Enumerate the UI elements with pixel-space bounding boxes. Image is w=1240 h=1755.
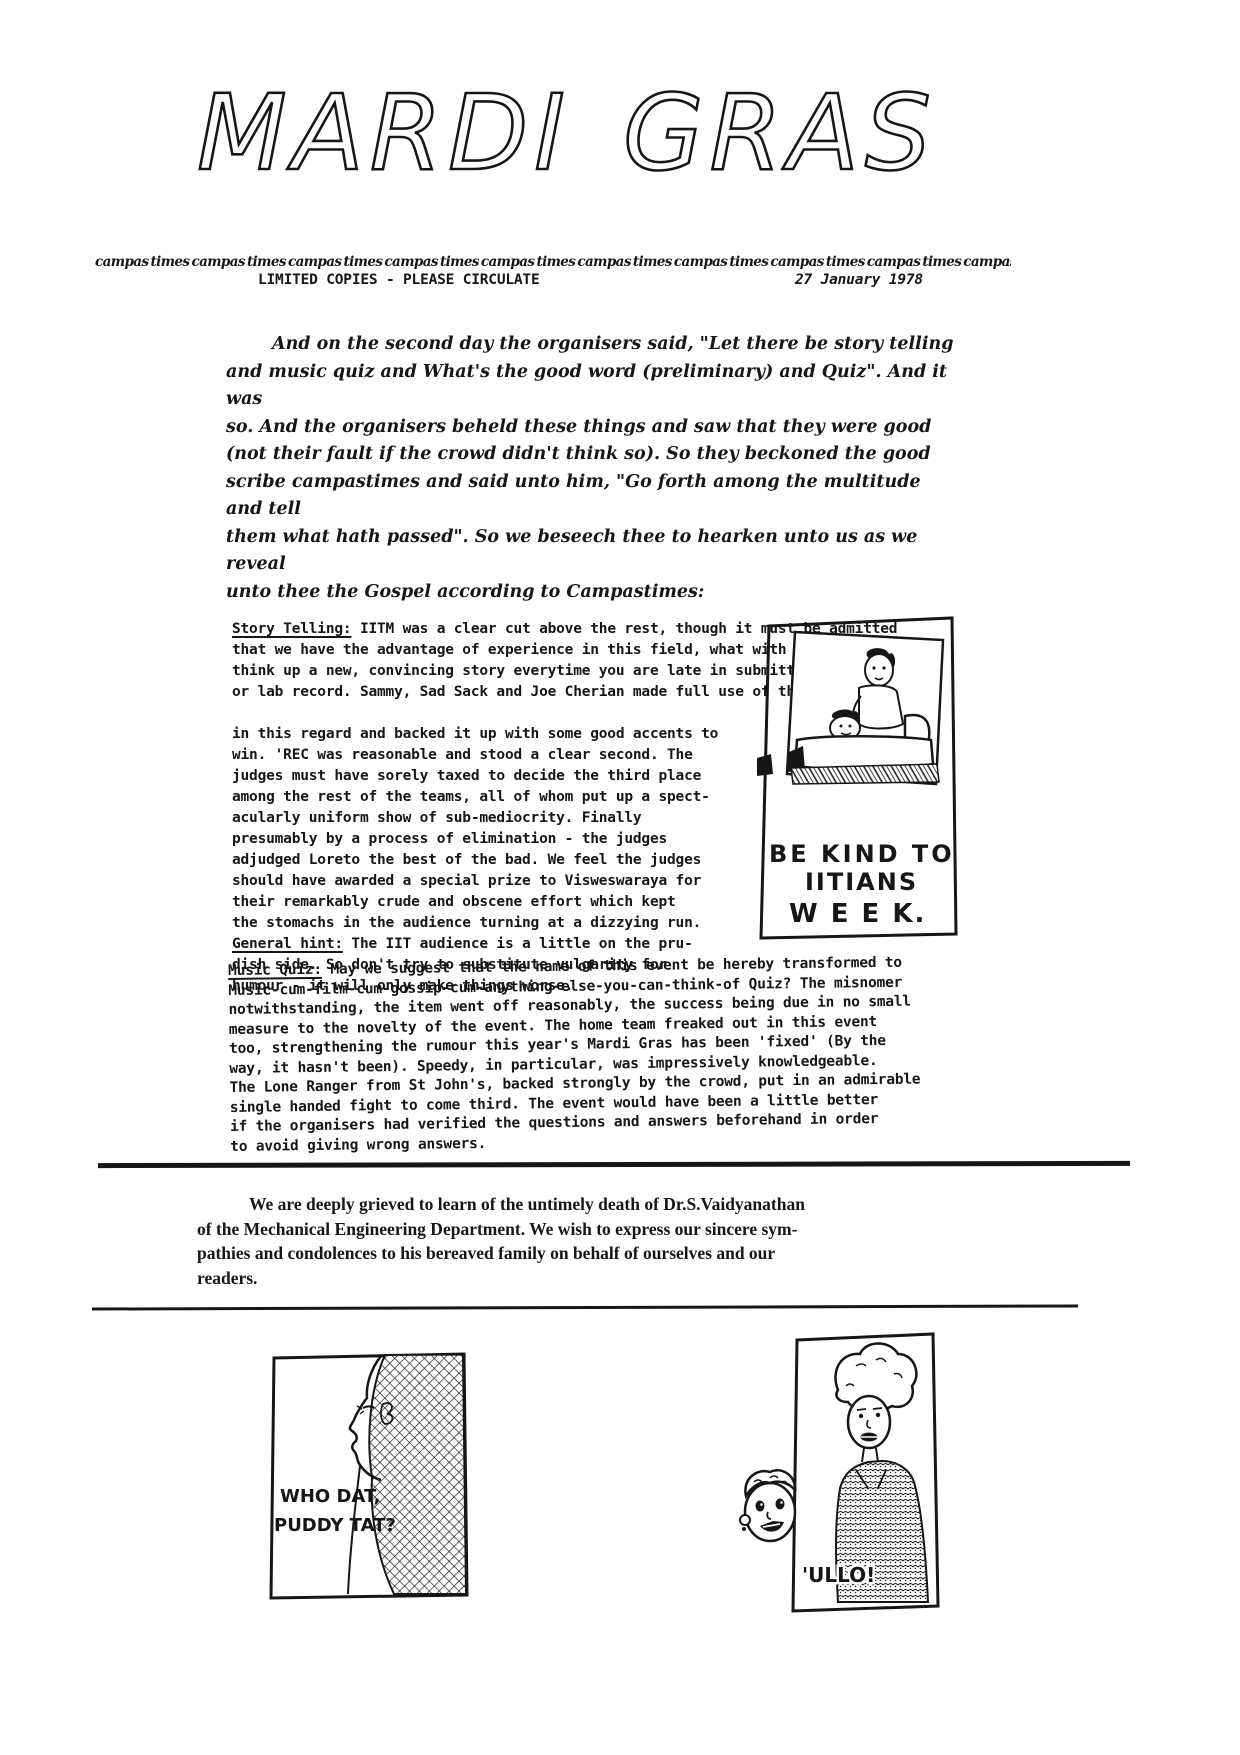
title-word-mardi: MARDI [197,72,571,194]
newsletter-page: MARDI GRAS campas times campas times cam… [0,0,1240,1755]
week-cartoon-caption: BE KIND TO IITIANS W E E K. [769,840,955,929]
story-telling-text-narrow-1: in this regard and backed it up with som… [232,726,718,931]
puddy-caption-line1: WHO DAT, [280,1486,381,1507]
music-quiz-section: Music Quiz: May we suggest that the name… [228,953,972,1157]
story-telling-heading: Story Telling: [232,621,351,637]
title-word-gras: GRAS [623,72,937,194]
issue-date: 27 January 1978 [795,270,923,291]
intro-psalm: And on the second day the organisers sai… [226,331,956,606]
ullo-caption: 'ULLO! [802,1563,875,1587]
puddy-caption-line2: PUDDY TAT? [274,1515,396,1536]
profile-face-drawing [348,1355,466,1595]
masthead-title: MARDI GRAS [175,55,975,205]
ullo-cartoon: 'ULLO! [718,1330,943,1615]
divider-rule-1 [98,1161,1130,1168]
puddy-tat-cartoon: WHO DAT, PUDDY TAT? [266,1348,471,1603]
couch-scene-drawing [787,632,943,784]
obituary-note: We are deeply grieved to learn of the un… [197,1192,1087,1290]
circulation-note: LIMITED COPIES - PLEASE CIRCULATE [258,270,539,291]
music-quiz-heading: Music Quiz: [228,962,322,979]
week-caption-line1: BE KIND TO [769,840,955,868]
week-cartoon: BE KIND TO IITIANS W E E K. [755,612,960,942]
music-quiz-text: May we suggest that the name of this eve… [228,955,920,1155]
general-hint-label: General hint: [232,936,343,952]
week-caption-line2: IITIANS [805,868,918,896]
peeking-head-drawing [740,1470,795,1541]
week-caption-line3: W E E K. [789,899,926,929]
divider-rule-2 [92,1304,1078,1310]
